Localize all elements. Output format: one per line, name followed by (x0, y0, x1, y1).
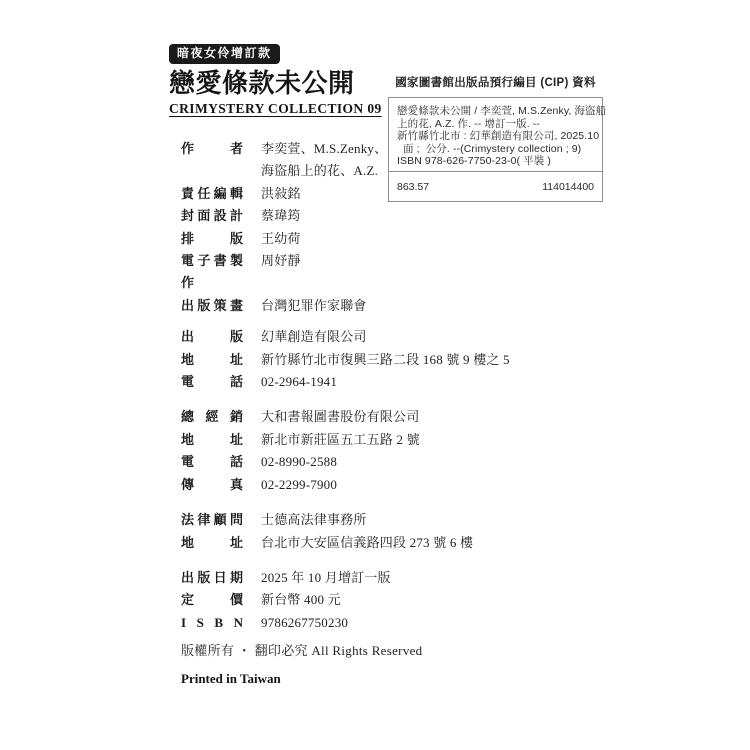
publication-info-list: 作者 李奕萱、M.S.Zenky、 海盜船上的花、A.Z. 責任編輯 洪敍銘 封… (181, 138, 511, 643)
info-row: 地址 新竹縣竹北市復興三路二段 168 號 9 樓之 5 (181, 349, 511, 371)
info-row: 法律顧問 士德高法律事務所 (181, 509, 511, 531)
info-row: 電話 02-8990-2588 (181, 451, 511, 473)
info-row-label: 總經銷 (181, 406, 243, 428)
info-row-value: 王幼荷 (261, 228, 301, 250)
info-row-value: 9786267750230 (261, 612, 348, 634)
collection-title: CRIMYSTERY COLLECTION 09 (169, 101, 382, 117)
info-row: 地址 台北市大安區信義路四段 273 號 6 樓 (181, 532, 511, 554)
info-row-label: 作者 (181, 138, 243, 160)
info-row-value: 士德高法律事務所 (261, 509, 367, 531)
info-row-value: 幻華創造有限公司 (261, 326, 367, 348)
info-row-label: 出版 (181, 326, 243, 348)
info-row-label: 出版策畫 (181, 295, 243, 317)
cip-heading: 國家圖書館出版品預行編目 (CIP) 資料 (388, 74, 603, 90)
info-row-label: 責任編輯 (181, 183, 243, 205)
cip-line: 戀愛條款未公開 / 李奕萱, M.S.Zenky, 海盜船 (397, 105, 594, 118)
info-row-label: I S B N (181, 612, 243, 634)
info-row-value: 02-2299-7900 (261, 474, 337, 496)
info-row-label: 封面設計 (181, 205, 243, 227)
info-row-label: 傳真 (181, 474, 243, 496)
info-row: 定價 新台幣 400 元 (181, 589, 511, 611)
info-row-value: 02-2964-1941 (261, 371, 337, 393)
info-row-label: 排版 (181, 228, 243, 250)
info-row-label: 定價 (181, 589, 243, 611)
info-group: 出版日期 2025 年 10 月增訂一版 定價 新台幣 400 元 I S B … (181, 567, 511, 634)
info-group: 總經銷 大和書報圖書股份有限公司 地址 新北市新莊區五工五路 2 號 電話 02… (181, 406, 511, 496)
title-block: 暗夜女伶增訂款 戀愛條款未公開 CRIMYSTERY COLLECTION 09 (169, 44, 382, 117)
colophon-page: 暗夜女伶增訂款 戀愛條款未公開 CRIMYSTERY COLLECTION 09… (0, 0, 750, 750)
info-row: 封面設計 蔡瑋筠 (181, 205, 511, 227)
info-row-value: 新台幣 400 元 (261, 589, 341, 611)
info-row: 電話 02-2964-1941 (181, 371, 511, 393)
info-row-value: 新竹縣竹北市復興三路二段 168 號 9 樓之 5 (261, 349, 510, 371)
info-row-value: 2025 年 10 月增訂一版 (261, 567, 391, 589)
info-row-label: 地址 (181, 349, 243, 371)
info-row-value: 蔡瑋筠 (261, 205, 301, 227)
info-row-label: 電子書製作 (181, 250, 243, 295)
cip-record-number: 114014400 (542, 181, 594, 193)
info-row: 排版 王幼荷 (181, 228, 511, 250)
info-row-label: 法律顧問 (181, 509, 243, 531)
info-row-value: 周妤靜 (261, 250, 301, 272)
info-row: 電子書製作 周妤靜 (181, 250, 511, 295)
info-row-label: 電話 (181, 371, 243, 393)
info-row: 出版日期 2025 年 10 月增訂一版 (181, 567, 511, 589)
info-row: 地址 新北市新莊區五工五路 2 號 (181, 429, 511, 451)
info-row: 出版 幻華創造有限公司 (181, 326, 511, 348)
info-group: 出版 幻華創造有限公司 地址 新竹縣竹北市復興三路二段 168 號 9 樓之 5… (181, 326, 511, 393)
info-row-value: 大和書報圖書股份有限公司 (261, 406, 419, 428)
info-row: 傳真 02-2299-7900 (181, 474, 511, 496)
copyright-notice: 版權所有 ・ 翻印必究 All Rights Reserved (181, 640, 422, 659)
info-row-value: 李奕萱、M.S.Zenky、 海盜船上的花、A.Z. (261, 138, 387, 183)
info-row-value: 台北市大安區信義路四段 273 號 6 樓 (261, 532, 473, 554)
edition-badge: 暗夜女伶增訂款 (169, 44, 280, 64)
info-row: I S B N 9786267750230 (181, 612, 511, 634)
info-row-label: 地址 (181, 532, 243, 554)
cip-line: 上的花, A.Z. 作. -- 增訂一版. -- (397, 118, 594, 131)
info-row: 出版策畫 台灣犯罪作家聯會 (181, 295, 511, 317)
info-row: 責任編輯 洪敍銘 (181, 183, 511, 205)
info-group: 法律顧問 士德高法律事務所 地址 台北市大安區信義路四段 273 號 6 樓 (181, 509, 511, 554)
info-group: 作者 李奕萱、M.S.Zenky、 海盜船上的花、A.Z. 責任編輯 洪敍銘 封… (181, 138, 511, 317)
info-row-value: 台灣犯罪作家聯會 (261, 295, 367, 317)
info-row-label: 地址 (181, 429, 243, 451)
info-row-label: 出版日期 (181, 567, 243, 589)
info-row-value: 02-8990-2588 (261, 451, 337, 473)
info-row-value: 洪敍銘 (261, 183, 301, 205)
info-row: 總經銷 大和書報圖書股份有限公司 (181, 406, 511, 428)
info-row-label: 電話 (181, 451, 243, 473)
book-title: 戀愛條款未公開 (169, 68, 382, 99)
info-row-value: 新北市新莊區五工五路 2 號 (261, 429, 420, 451)
footer: 版權所有 ・ 翻印必究 All Rights Reserved Printed … (181, 640, 422, 687)
printed-in-taiwan: Printed in Taiwan (181, 671, 422, 687)
info-row: 作者 李奕萱、M.S.Zenky、 海盜船上的花、A.Z. (181, 138, 511, 183)
